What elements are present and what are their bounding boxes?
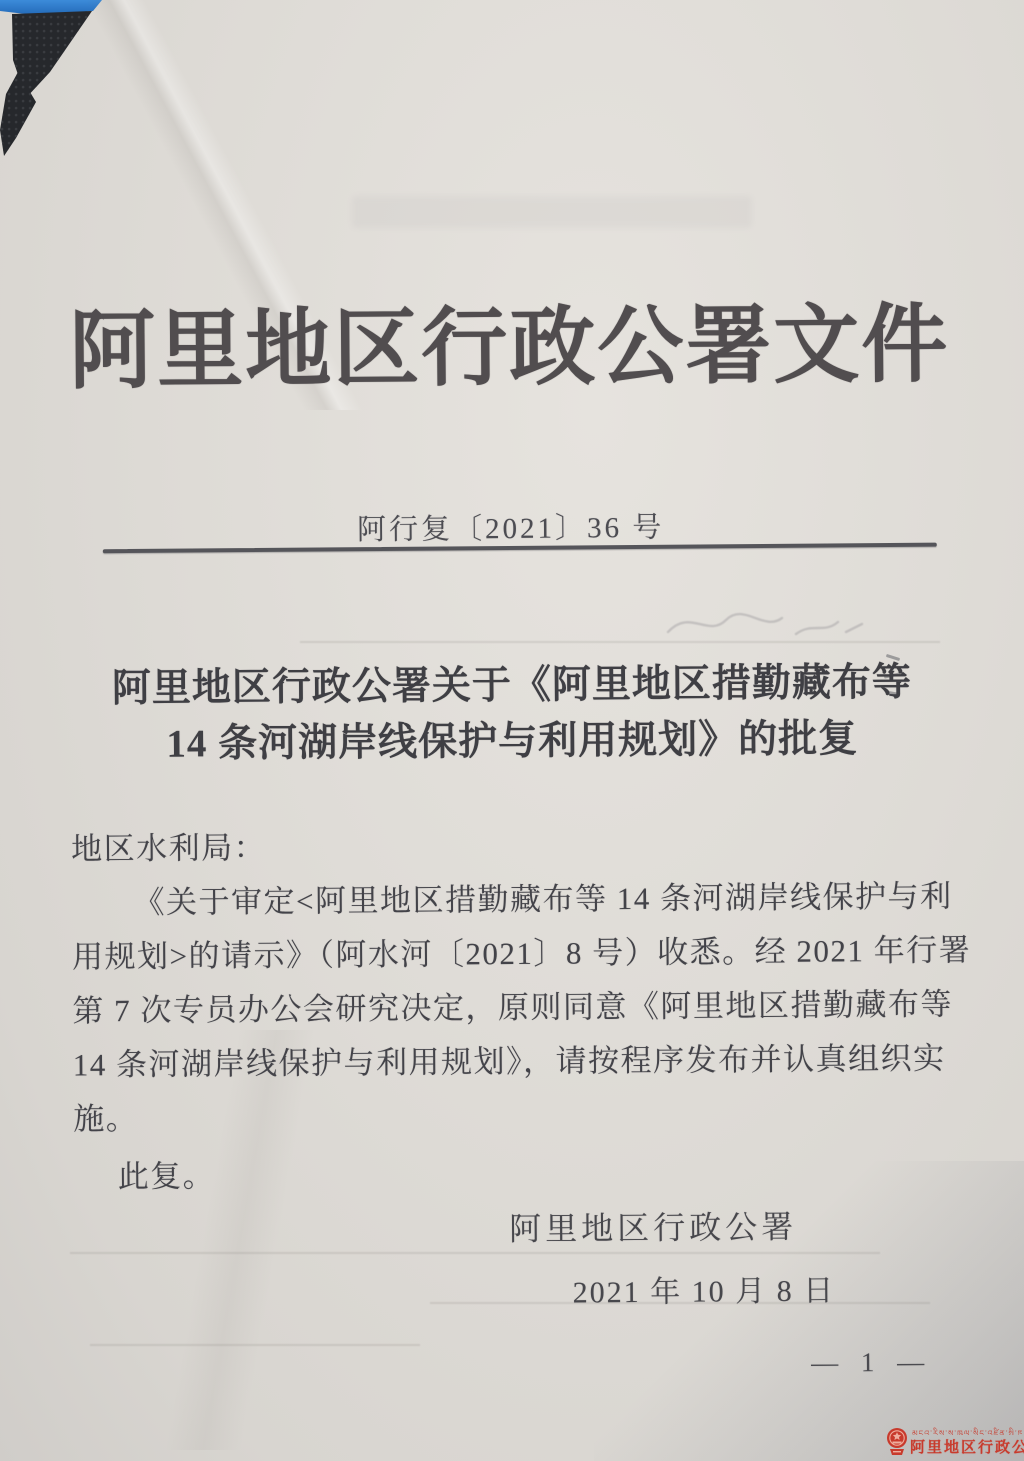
- page-number: — 1 —: [811, 1347, 932, 1379]
- body-line: 用规划>的请示》（阿水河〔2021〕8 号）收悉。经 2021 年行署: [72, 925, 952, 977]
- site-watermark: མངའ་རིས་ས་ཁུལ་སྲིད་འཛིན་སྤྱི་ཁྱབ་ཁང་ 阿里地…: [884, 1424, 1024, 1460]
- body-line: 第 7 次专员办公会研究决定，原则同意《阿里地区措勤藏布等: [72, 979, 952, 1031]
- document-photo: 阿里地区行政公署文件 阿行复〔2021〕36 号 阿里地区行政公署关于《阿里地区…: [0, 0, 1024, 1461]
- signature-organization: 阿里地区行政公署: [509, 1202, 797, 1250]
- signature-date: 2021 年 10 月 8 日: [572, 1265, 835, 1311]
- document-title-line1: 阿里地区行政公署关于《阿里地区措勤藏布等: [0, 650, 1024, 714]
- watermark-tibetan-text: མངའ་རིས་ས་ཁུལ་སྲིད་འཛིན་སྤྱི་ཁྱབ་ཁང་: [912, 1424, 1022, 1435]
- watermark-organization-name: 阿里地区行政公署: [910, 1436, 1024, 1457]
- body-line: 施。: [73, 1087, 953, 1139]
- salutation: 地区水利局：: [71, 817, 951, 869]
- document-title-line2: 14 条河湖岸线保护与利用规划》的批复: [0, 706, 1024, 770]
- closing-line: 此复。: [74, 1144, 998, 1196]
- body-line: 14 条河湖岸线保护与利用规划》，请按程序发布并认真组织实: [73, 1033, 953, 1085]
- document-header-title: 阿里地区行政公署文件: [0, 274, 1022, 406]
- national-emblem-icon: [886, 1427, 908, 1457]
- document-page: 阿里地区行政公署文件 阿行复〔2021〕36 号 阿里地区行政公署关于《阿里地区…: [0, 0, 1024, 1461]
- body-line: 《关于审定<阿里地区措勤藏布等 14 条河湖岸线保护与利: [71, 870, 1013, 922]
